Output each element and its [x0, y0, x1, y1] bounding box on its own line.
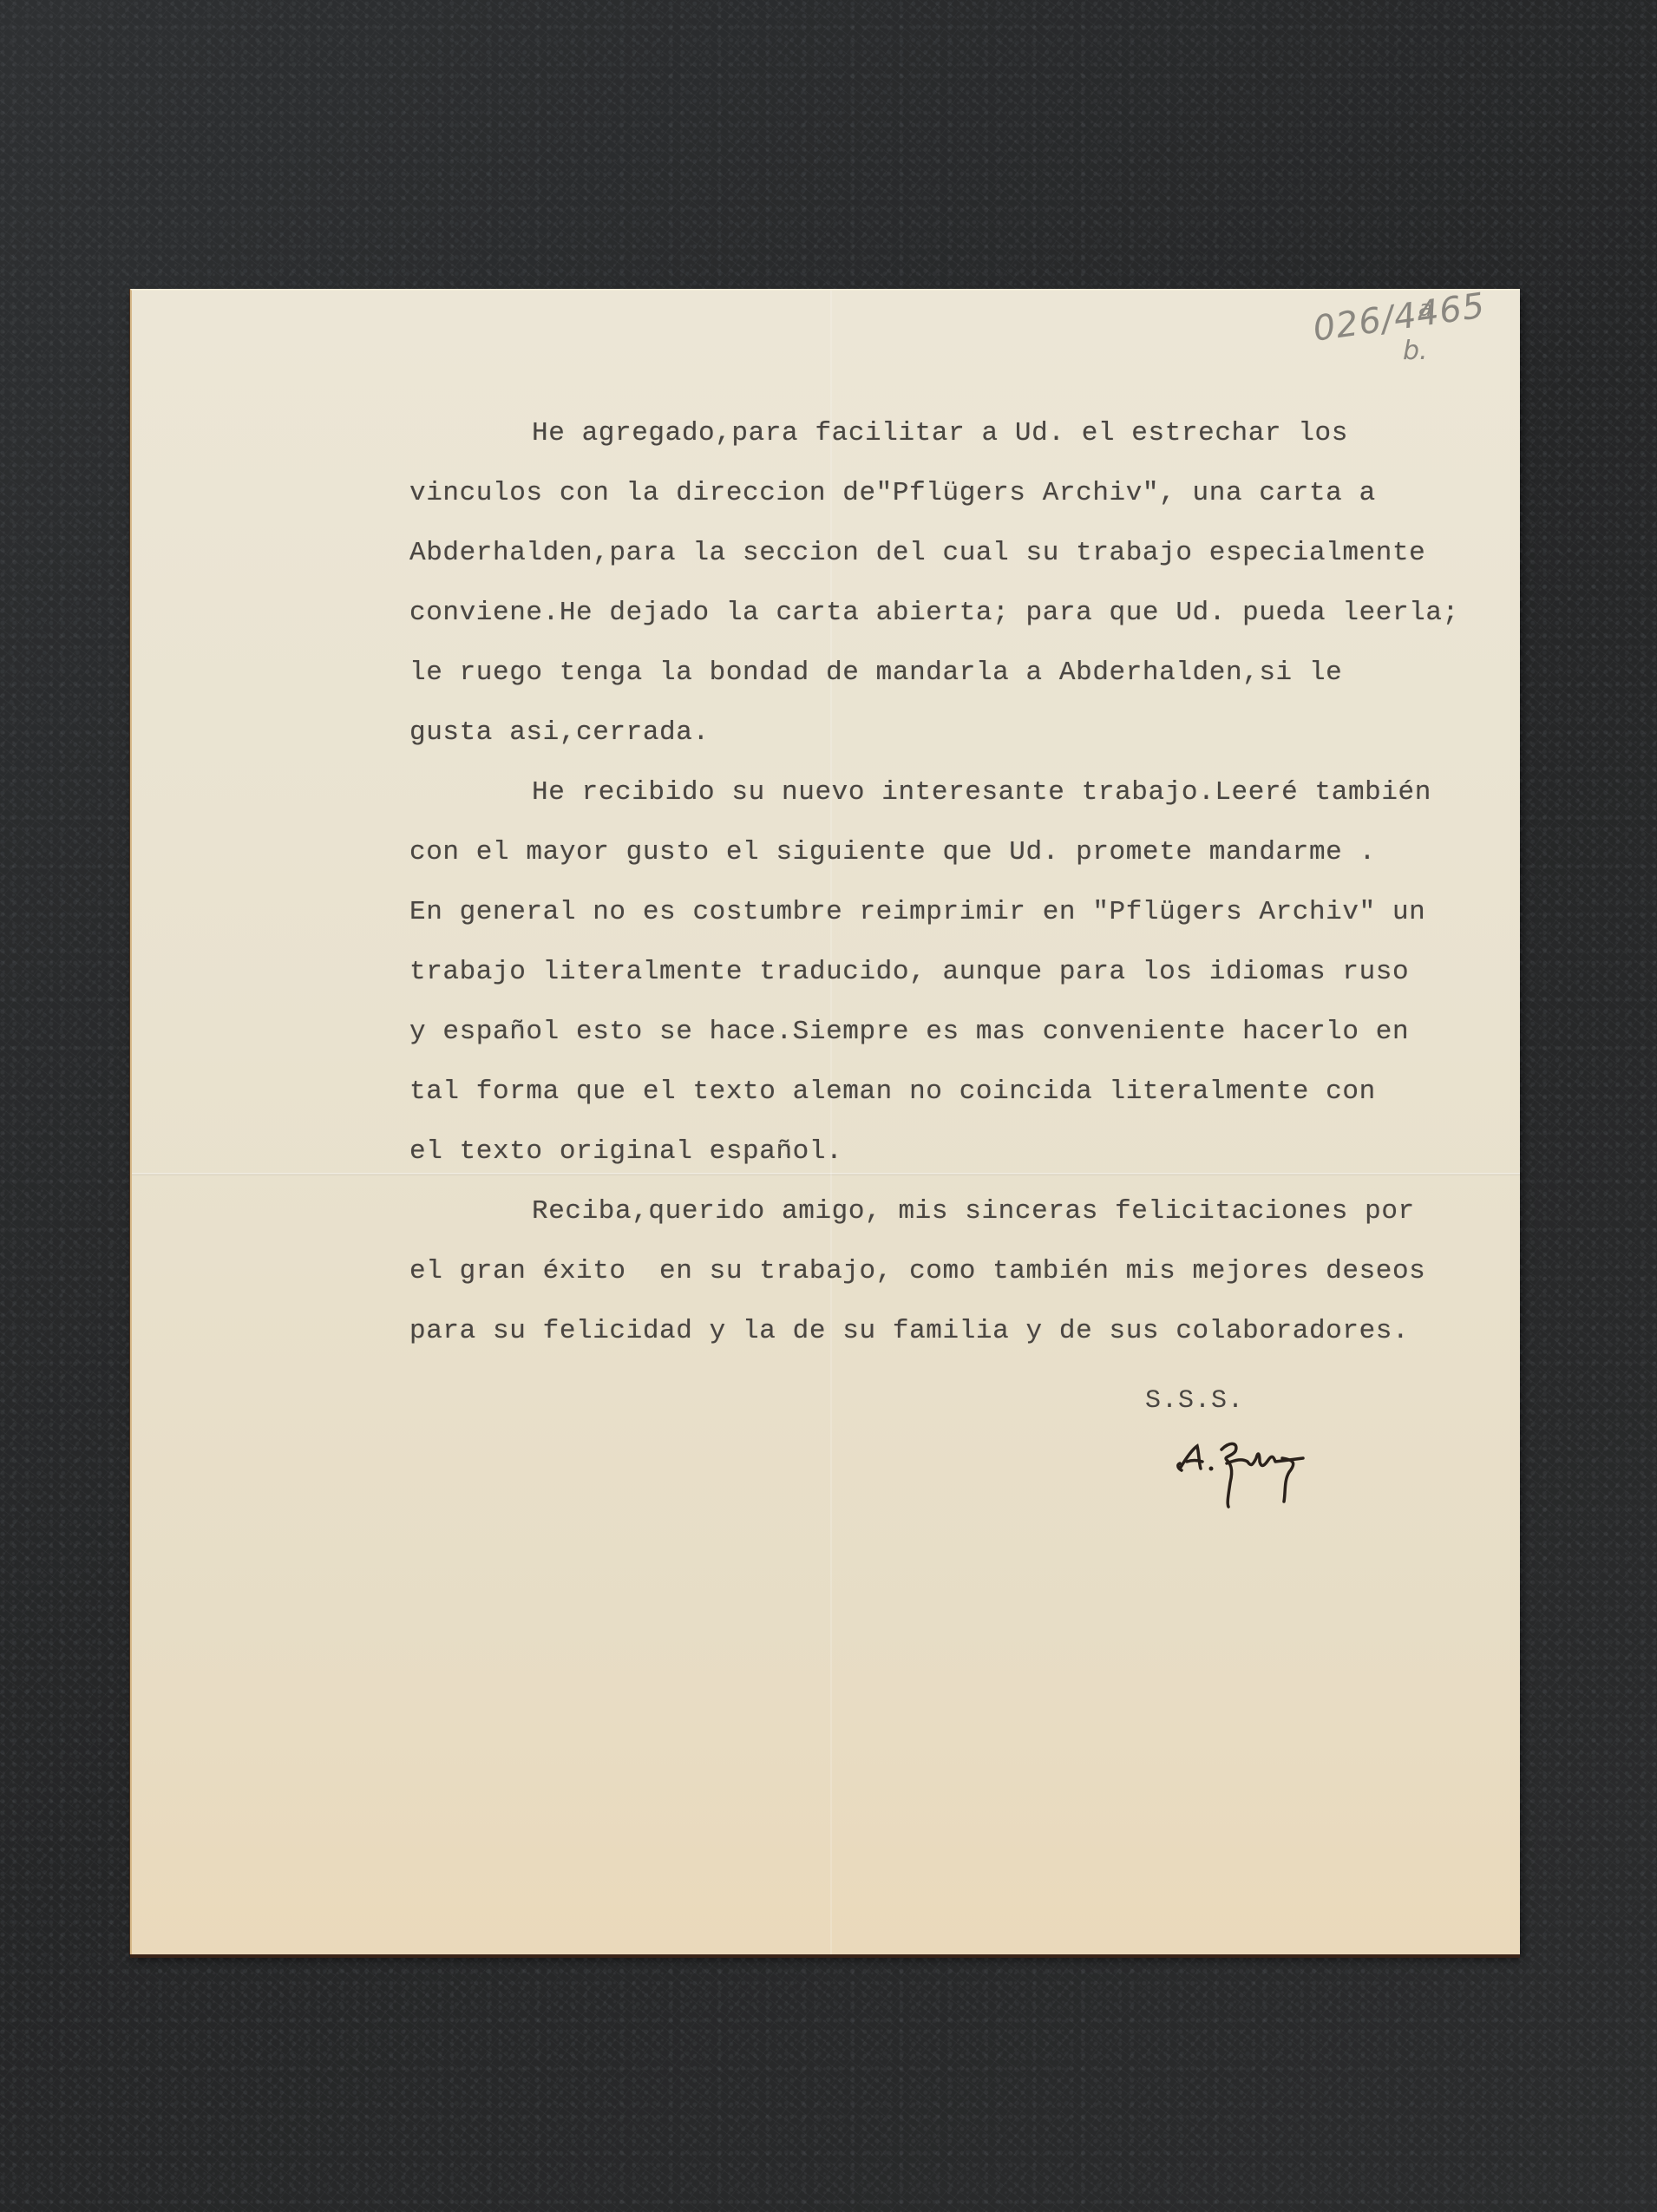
archive-number: 026/4465: [1311, 285, 1488, 349]
body-line: vinculos con la direccion de"Pflügers Ar…: [409, 463, 1503, 523]
archive-number-superscript: a: [1418, 296, 1432, 322]
body-line: el gran éxito en su trabajo, como tambié…: [409, 1241, 1503, 1301]
body-line: con el mayor gusto el siguiente que Ud. …: [409, 822, 1503, 882]
body-line: y español esto se hace.Siempre es mas co…: [409, 1002, 1503, 1062]
body-line: Abderhalden,para la seccion del cual su …: [409, 523, 1503, 583]
closing-salutation: S.S.S.: [1145, 1386, 1244, 1416]
body-line: para su felicidad y la de su familia y d…: [409, 1301, 1503, 1361]
letter-page: 026/4465 a b. He agregado,para facilitar…: [130, 289, 1520, 1954]
body-line: He agregado,para facilitar a Ud. el estr…: [409, 403, 1503, 463]
letter-body: He agregado,para facilitar a Ud. el estr…: [409, 403, 1503, 1361]
body-line: gusta asi,cerrada.: [409, 703, 1503, 762]
archive-number-sub: b.: [1403, 336, 1428, 366]
body-line: tal forma que el texto aleman no coincid…: [409, 1062, 1503, 1122]
handwritten-signature: [1173, 1434, 1329, 1512]
body-line: conviene.He dejado la carta abierta; par…: [409, 583, 1503, 643]
body-line: le ruego tenga la bondad de mandarla a A…: [409, 643, 1503, 703]
body-line: En general no es costumbre reimprimir en…: [409, 882, 1503, 942]
body-line: He recibido su nuevo interesante trabajo…: [409, 762, 1503, 822]
body-line: el texto original español.: [409, 1122, 1503, 1181]
body-line: trabajo literalmente traducido, aunque p…: [409, 942, 1503, 1002]
body-line: Reciba,querido amigo, mis sinceras felic…: [409, 1181, 1503, 1241]
